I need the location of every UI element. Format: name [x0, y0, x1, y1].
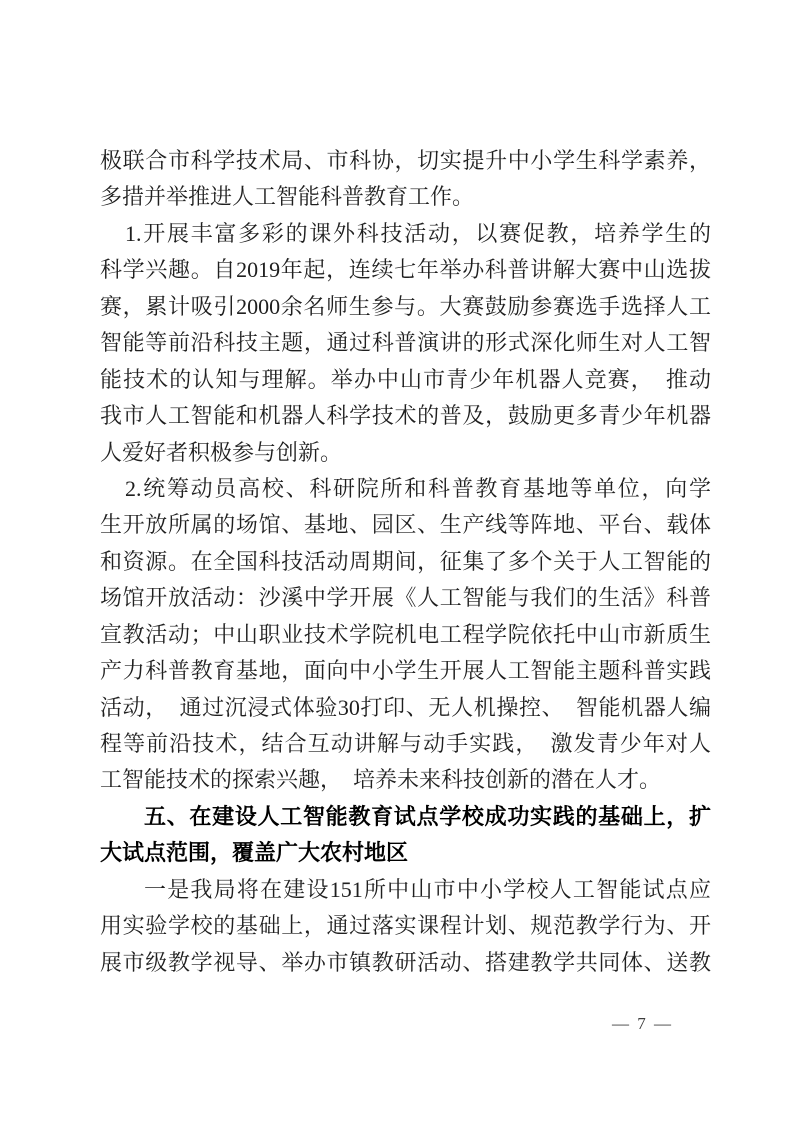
body-text-line: 多措并举推进人工智能科普教育工作。: [100, 179, 711, 215]
body-text-line: 展市级教学视导、举办市镇教研活动、搭建教学共同体、送教: [100, 945, 711, 981]
body-text-line: 1.开展丰富多彩的课外科技活动，以赛促教，培养学生的: [100, 216, 711, 252]
body-text-line: 产力科普教育基地，面向中小学生开展人工智能主题科普实践: [100, 653, 711, 689]
page-number: — 7 —: [612, 1014, 673, 1034]
body-text-line: 场馆开放活动：沙溪中学开展《人工智能与我们的生活》科普: [100, 580, 711, 616]
body-text-line: 和资源。在全国科技活动周期间，征集了多个关于人工智能的: [100, 544, 711, 580]
document-page: 极联合市科学技术局、市科协，切实提升中小学生科学素养， 多措并举推进人工智能科普…: [0, 0, 800, 1131]
body-text-line: 程等前沿技术，结合互动讲解与动手实践， 激发青少年对人: [100, 726, 711, 762]
body-text-line: 2.统筹动员高校、科研院所和科普教育基地等单位，向学: [100, 471, 711, 507]
body-text-line: 一是我局将在建设151所中山市中小学校人工智能试点应: [100, 872, 711, 908]
body-text-line: 极联合市科学技术局、市科协，切实提升中小学生科学素养，: [100, 143, 711, 179]
body-text-line: 活动， 通过沉浸式体验30打印、无人机操控、 智能机器人编: [100, 690, 711, 726]
body-text-line: 智能等前沿科技主题，通过科普演讲的形式深化师生对人工智: [100, 325, 711, 361]
section-heading-line: 大试点范围，覆盖广大农村地区: [100, 835, 711, 871]
body-text-line: 人爱好者积极参与创新。: [100, 435, 711, 471]
body-text-line: 能技术的认知与理解。举办中山市青少年机器人竞赛， 推动: [100, 362, 711, 398]
body-text-line: 科学兴趣。自2019年起，连续七年举办科普讲解大赛中山选拔: [100, 252, 711, 288]
body-text-line: 用实验学校的基础上，通过落实课程计划、规范教学行为、开: [100, 908, 711, 944]
body-text-line: 赛，累计吸引2000余名师生参与。大赛鼓励参赛选手选择人工: [100, 289, 711, 325]
body-text-line: 工智能技术的探索兴趣， 培养未来科技创新的潜在人才。: [100, 762, 711, 798]
body-text-line: 我市人工智能和机器人科学技术的普及，鼓励更多青少年机器: [100, 398, 711, 434]
document-text-block: 极联合市科学技术局、市科协，切实提升中小学生科学素养， 多措并举推进人工智能科普…: [100, 143, 711, 981]
section-heading-line: 五、在建设人工智能教育试点学校成功实践的基础上，扩: [100, 799, 711, 835]
body-text-line: 生开放所属的场馆、基地、园区、生产线等阵地、平台、载体: [100, 507, 711, 543]
body-text-line: 宣教活动；中山职业技术学院机电工程学院依托中山市新质生: [100, 617, 711, 653]
